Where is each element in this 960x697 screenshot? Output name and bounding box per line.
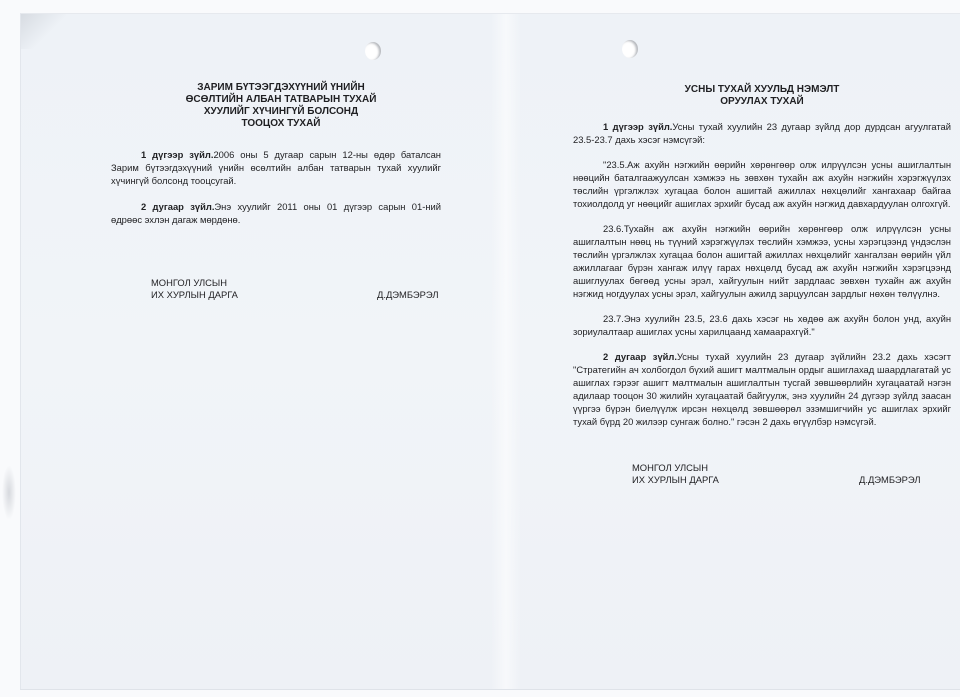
law-document-left: ЗАРИМ БҮТЭЭГДЭХҮҮНИЙ ҮНИЙН ӨСӨЛТИЙН АЛБА… [111,82,441,226]
title-line: ОРУУЛАХ ТУХАЙ [573,96,951,108]
signatory-title-line: МОНГОЛ УЛСЫН [632,462,719,474]
title-line: ӨСӨЛТИЙН АЛБАН ТАТВАРЫН ТУХАЙ [81,94,481,106]
signatory-title: МОНГОЛ УЛСЫН ИХ ХУРЛЫН ДАРГА [151,277,238,301]
signature-block-right: МОНГОЛ УЛСЫН ИХ ХУРЛЫН ДАРГА Д.ДЭМБЭРЭЛ [632,462,932,488]
title-line: ТООЦОХ ТУХАЙ [81,118,481,130]
signatory-name: Д.ДЭМБЭРЭЛ [859,474,920,486]
article-2: 2 дугаар зүйл.Энэ хуулийг 2011 оны 01 дү… [111,200,441,226]
signature-block-left: МОНГОЛ УЛСЫН ИХ ХУРЛЫН ДАРГА Д.ДЭМБЭРЭЛ [151,277,451,303]
article-text: Усны тухай хуулийн 23 дугаар зүйлийн 23.… [573,351,951,427]
article-1: 1 дүгээр зүйл.2006 оны 5 дугаар сарын 12… [111,148,441,187]
signatory-title-line: ИХ ХУРЛЫН ДАРГА [632,474,719,486]
article-heading: 2 дугаар зүйл. [603,351,677,362]
clause-23-5: "23.5.Аж ахуйн нэгжийн өөрийн хөрөнгөөр … [573,158,951,210]
title-line: ЗАРИМ БҮТЭЭГДЭХҮҮНИЙ ҮНИЙН [81,82,481,94]
clause-23-7: 23.7.Энэ хуулийн 23.5, 23.6 дахь хэсэг н… [573,312,951,338]
punch-hole-left [365,42,381,60]
title-line: УСНЫ ТУХАЙ ХУУЛЬД НЭМЭЛТ [573,84,951,96]
article-heading: 2 дугаар зүйл. [141,201,214,212]
law-document-right: УСНЫ ТУХАЙ ХУУЛЬД НЭМЭЛТ ОРУУЛАХ ТУХАЙ 1… [573,84,951,428]
signatory-name: Д.ДЭМБЭРЭЛ [377,289,438,301]
document-title: ЗАРИМ БҮТЭЭГДЭХҮҮНИЙ ҮНИЙН ӨСӨЛТИЙН АЛБА… [81,82,481,130]
signatory-title-line: ИХ ХУРЛЫН ДАРГА [151,289,238,301]
clause-23-6: 23.6.Тухайн аж ахуйн нэгжийн өөрийн хөрө… [573,222,951,300]
paper-fold-line [491,14,521,689]
signatory-title-line: МОНГОЛ УЛСЫН [151,277,238,289]
article-heading: 1 дүгээр зүйл. [603,121,672,132]
title-line: ХУУЛИЙГ ХҮЧИНГҮЙ БОЛСОНД [81,106,481,118]
document-title: УСНЫ ТУХАЙ ХУУЛЬД НЭМЭЛТ ОРУУЛАХ ТУХАЙ [573,84,951,108]
torn-corner [21,14,66,49]
scan-smudge [2,465,16,520]
article-heading: 1 дүгээр зүйл. [141,149,213,160]
signatory-title: МОНГОЛ УЛСЫН ИХ ХУРЛЫН ДАРГА [632,462,719,486]
punch-hole-right [622,40,638,58]
article-1: 1 дүгээр зүйл.Усны тухай хуулийн 23 дуга… [573,120,951,146]
article-2: 2 дугаар зүйл.Усны тухай хуулийн 23 дуга… [573,350,951,428]
